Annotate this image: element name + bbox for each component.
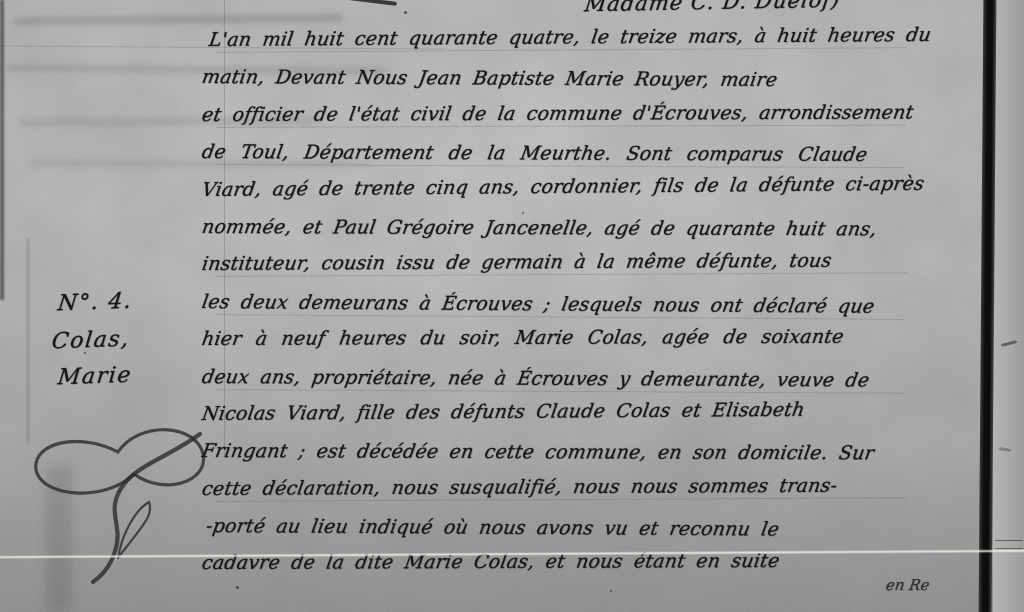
text-line: hier à neuf heures du soir, Marie Colas,… [199, 318, 1007, 358]
header-fragment: Madame C. D. Duelof) [583, 0, 842, 16]
text-line: et officier de l'état civil de la commun… [199, 94, 1007, 134]
margin-name-marie: Marie [57, 363, 134, 391]
adjacent-page-ink-mark [1001, 340, 1017, 347]
ink-speck [610, 590, 612, 592]
ink-speck [236, 586, 239, 589]
scan-page: Madame C. D. Duelof) N°. 4. Colas, Marie… [0, 0, 1024, 612]
text-line: Nicolas Viard, fille des défunts Claude … [199, 390, 1008, 433]
text-line: cette déclaration, nous susqualifié, nou… [199, 466, 1007, 508]
adjacent-page-ink-mark [999, 447, 1011, 452]
top-edge-mark [333, 0, 397, 6]
margin-name-colas: Colas, [51, 327, 131, 355]
text-line: Viard, agé de trente cinq ans, cordonnie… [199, 165, 1008, 209]
page-left-edge [0, 0, 4, 300]
act-number: N°. 4. [57, 289, 134, 317]
body-text: L'an mil huit cent quarante quatre, le t… [202, 22, 1004, 583]
text-line: instituteur, cousin issu de germain à la… [199, 242, 1007, 284]
paraph-flourish [22, 408, 217, 588]
ink-speck [404, 11, 407, 14]
adjacent-page-rule [995, 540, 1023, 541]
catchword: en Re [885, 576, 931, 594]
text-line: L'an mil huit cent quarante quatre, le t… [199, 16, 1008, 59]
text-line: cadavre de la dite Marie Colas, et nous … [199, 543, 1007, 583]
adjacent-page-rule [995, 548, 1023, 549]
next-page-edge [993, 0, 1024, 612]
